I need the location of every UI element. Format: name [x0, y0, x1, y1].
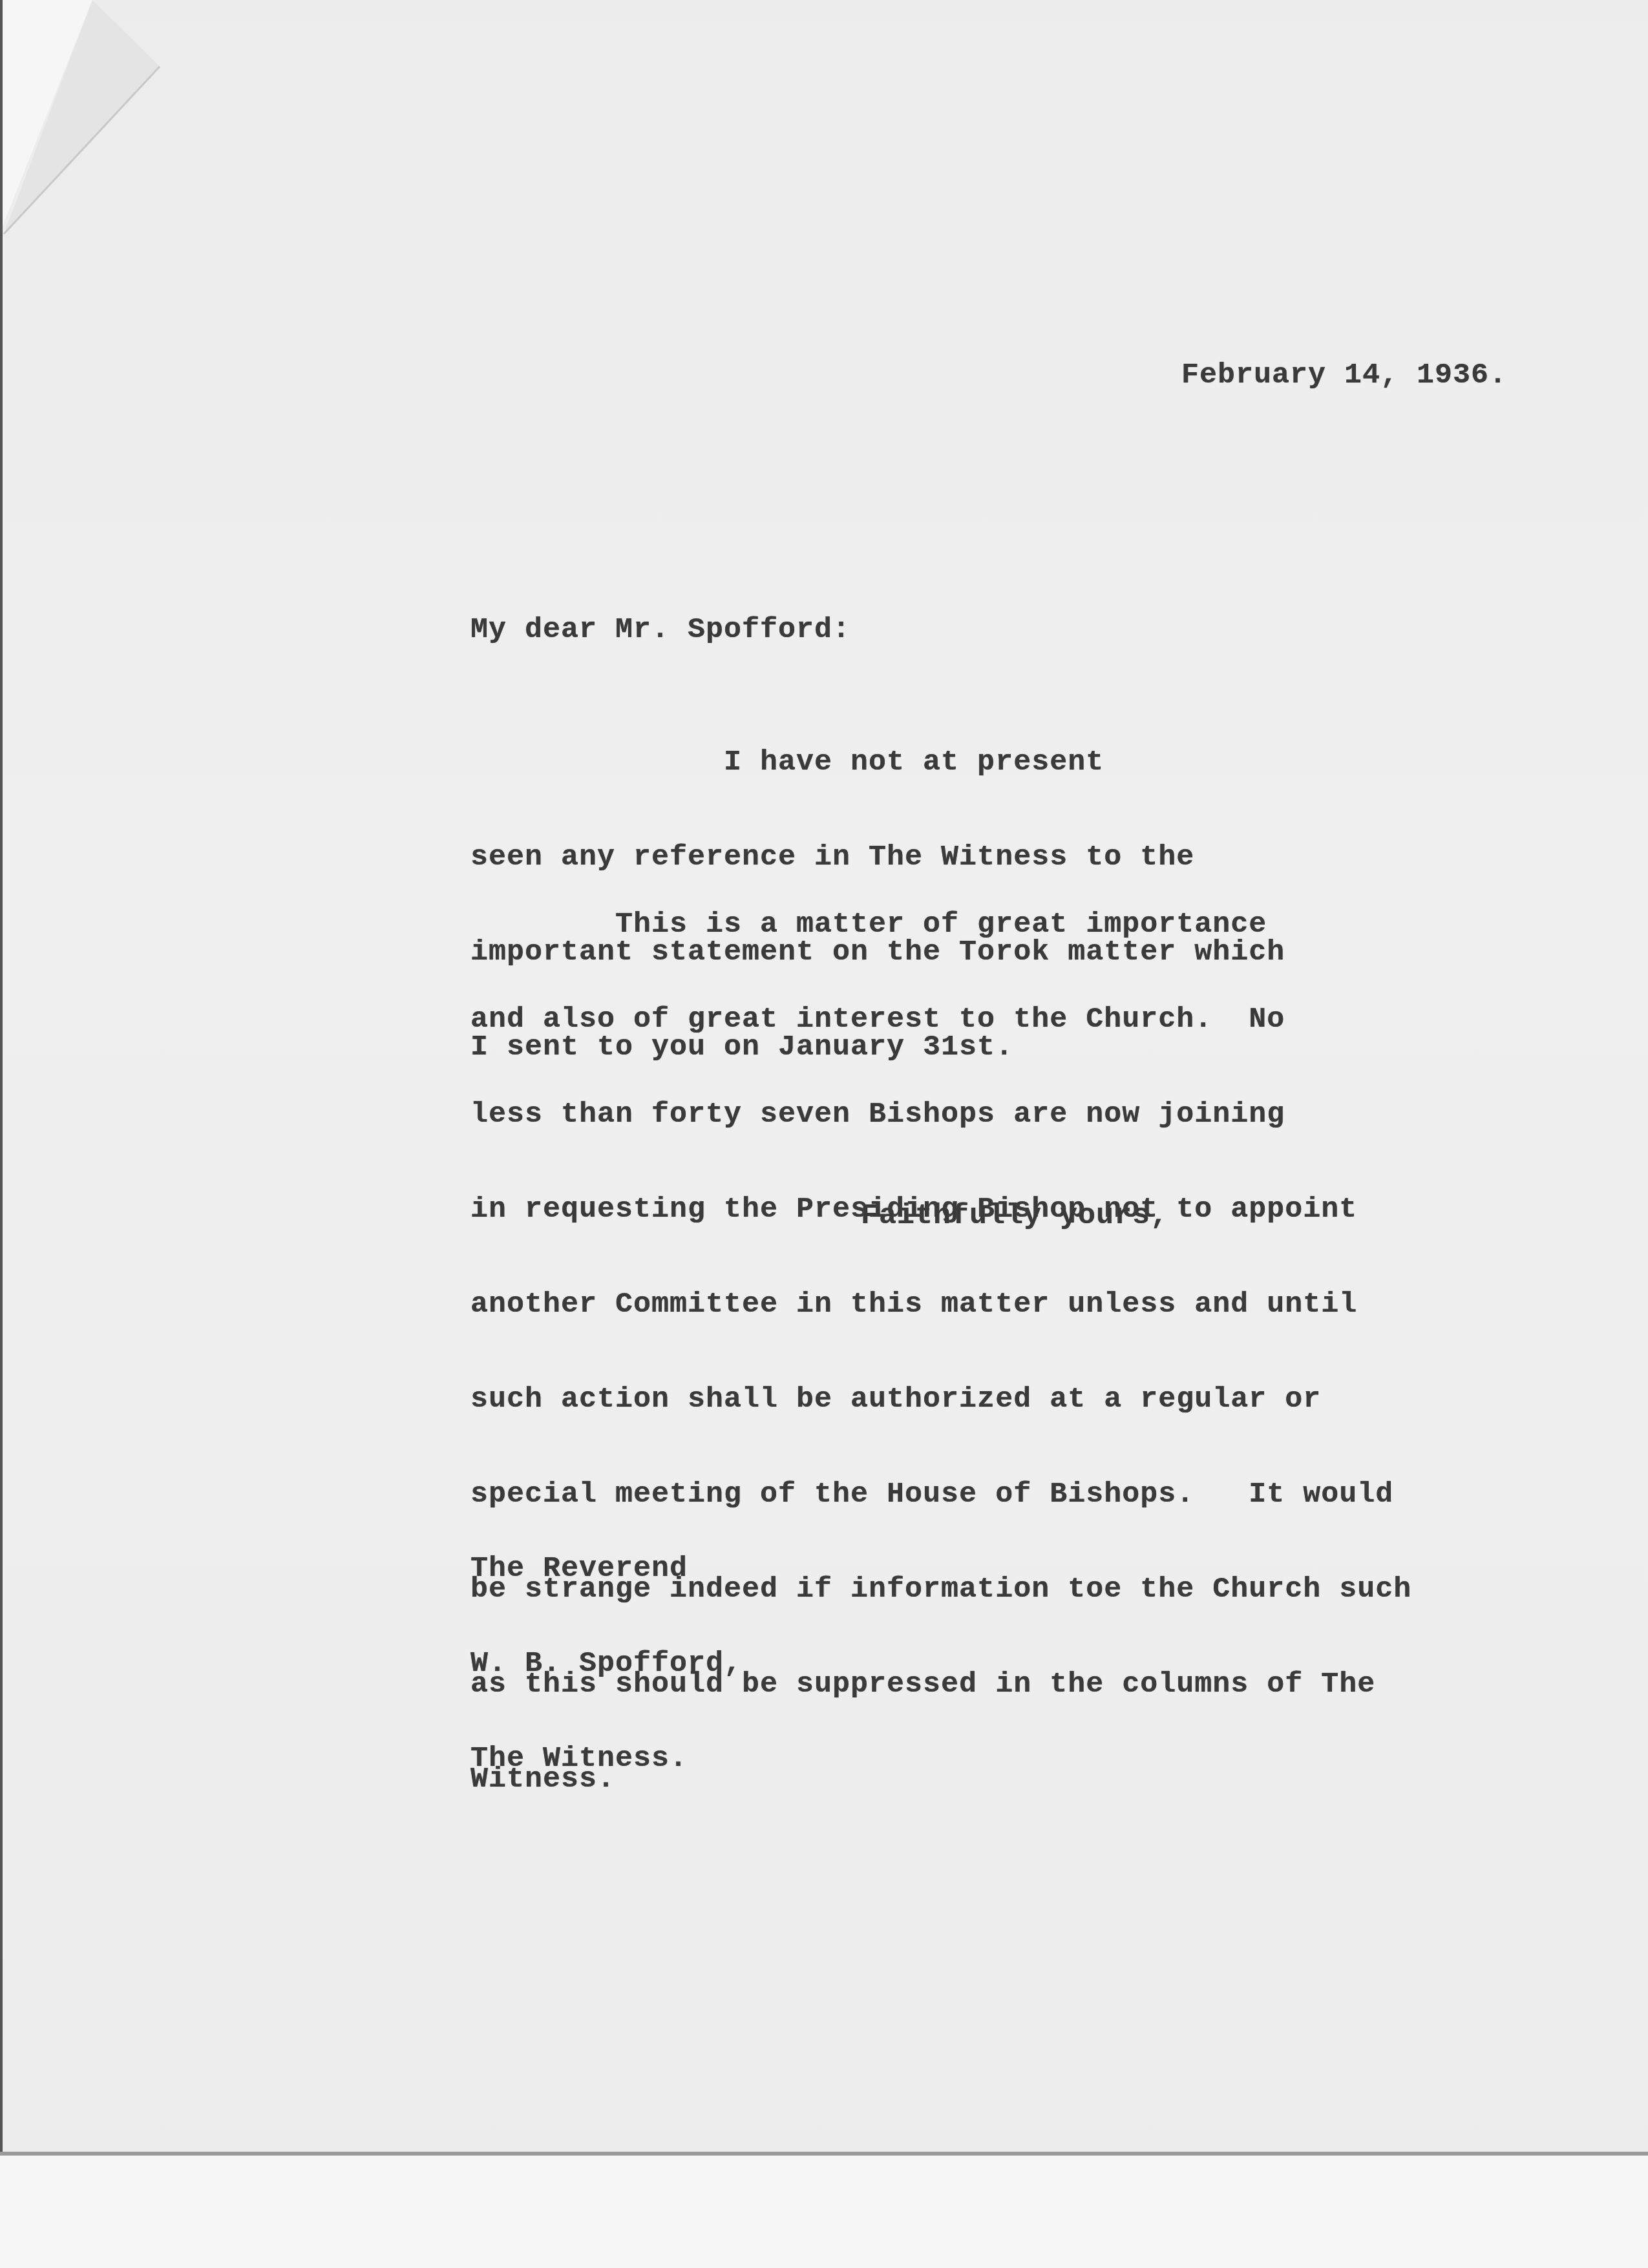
paragraph-line: I have not at present [470, 746, 1285, 778]
paragraph-line: and also of great interest to the Church… [470, 1003, 1411, 1035]
closing: Faithfully yours, [861, 1200, 1168, 1232]
folded-corner [0, 0, 168, 239]
scanner-bed [0, 2152, 1648, 2268]
paragraph-line: less than forty seven Bishops are now jo… [470, 1098, 1411, 1130]
addressee-line: The Reverend [470, 1553, 742, 1584]
paragraph-line: such action shall be authorized at a reg… [470, 1383, 1411, 1415]
letter-date: February 14, 1936. [1181, 359, 1507, 391]
paragraph-line: another Committee in this matter unless … [470, 1288, 1411, 1320]
salutation: My dear Mr. Spofford: [470, 614, 850, 646]
addressee-line: W. B. Spofford, [470, 1648, 742, 1679]
addressee-line: The Witness. [470, 1743, 742, 1774]
paragraph-line: This is a matter of great importance [470, 908, 1411, 940]
addressee-block: The Reverend W. B. Spofford, The Witness… [470, 1489, 742, 1806]
scan-edge [0, 0, 3, 2268]
